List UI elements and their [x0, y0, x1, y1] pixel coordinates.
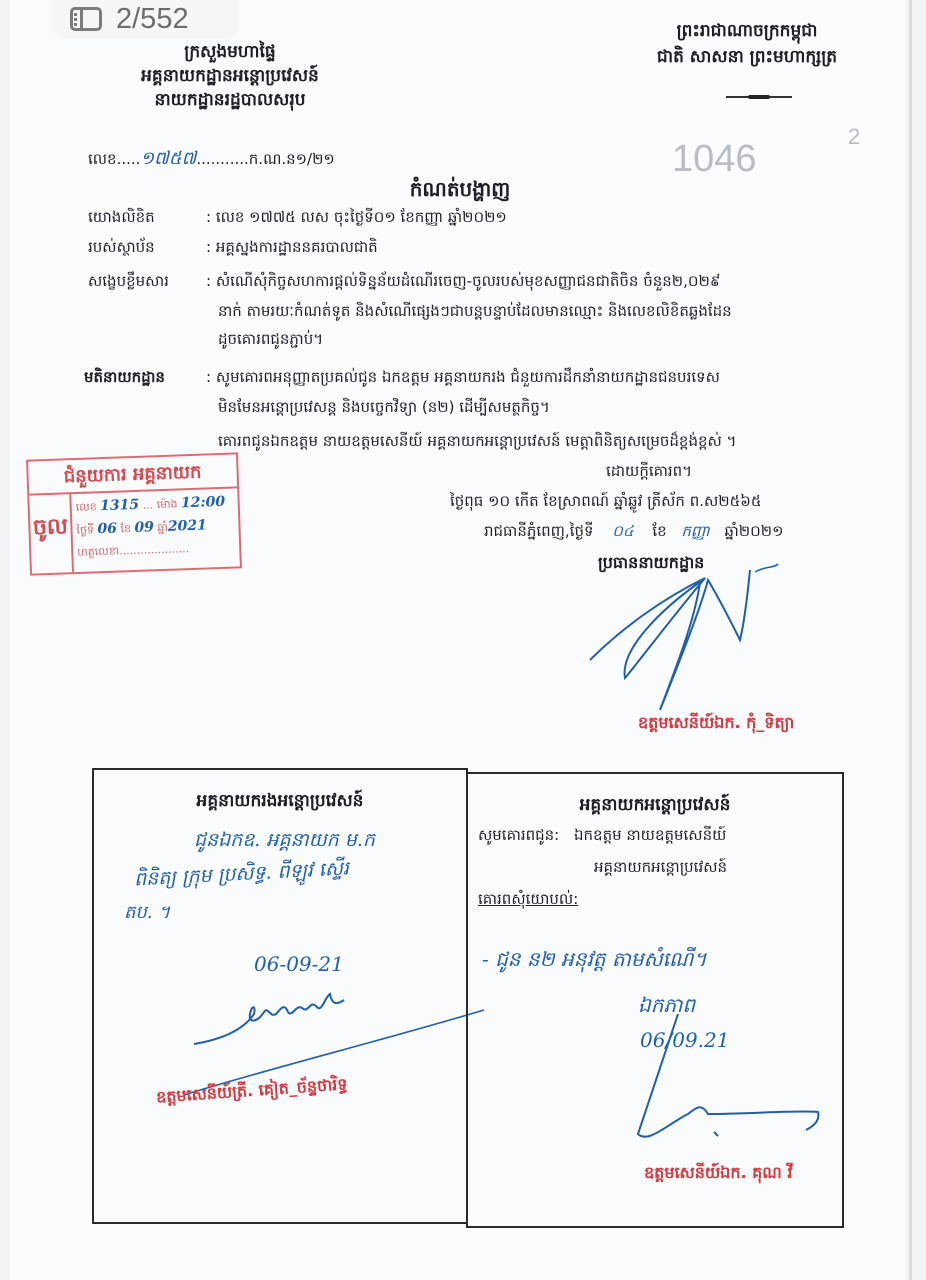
received-stamp: ជំនួយការ អគ្គនាយក ចូល លេខ 1315 ... ម៉ោង … [26, 452, 242, 575]
field-label-reference-letter: យោងលិខិត [88, 208, 155, 230]
field-value-opinion-line1: : សូមគោរពអនុញ្ញាតប្រគល់ជូន ឯកឧត្តម អគ្គន… [206, 368, 720, 390]
opinion-line-2: មិនមែនអន្តោប្រវេសន្ត និងបច្ចេកវិទ្យា (ន២… [218, 398, 550, 420]
header-ornament [726, 96, 792, 98]
field-label-department-opinion: មតិនាយកដ្ឋាន [84, 368, 165, 390]
opinion-request-label: គោរពសុំយោបល់: [478, 890, 578, 912]
addressee-label: សូមគោរពជូន: [478, 826, 559, 844]
addressee-value-line1: ឯកឧត្តម នាយឧត្តមសេនីយ៍ [574, 826, 726, 844]
kingdom-header: ព្រះរាជាណាចក្រកម្ពុជា ជាតិ សាសនា ព្រះមហា… [622, 18, 872, 70]
director-general-signature [628, 1014, 828, 1154]
summary-line-1: សំណើសុំកិច្ចសហការផ្តល់ទិន្នន័យដំណើរចេញ-ច… [216, 272, 721, 290]
stamp-day-label: ថ្ងៃទី [76, 523, 94, 537]
opinion-line-3: គោរពជូនឯកឧត្តម នាយឧត្តមសេនីយ៍ អគ្គនាយកអន… [218, 432, 736, 454]
director-general-name-stamp: ឧត្តមសេនីយ៍ឯក. គុណ វី [644, 1162, 792, 1186]
date-line: រាជធានីភ្នំពេញ,ថ្ងៃទី ០៤ ខែ កញ្ញា ឆ្នាំ២… [484, 522, 783, 544]
date-prefix: រាជធានីភ្នំពេញ,ថ្ងៃទី [484, 522, 594, 540]
header-department-general: អគ្គនាយកដ្ឋានអន្តោប្រវេសន៍ [100, 64, 360, 88]
stamp-month-label: ខែ [120, 522, 131, 535]
reference-letter-text: លេខ ១៧៧៥ លស ចុះថ្ងៃទី០១ ខែកញ្ញា ឆ្នាំ២០២… [216, 208, 507, 226]
stamp-year: 2021 [168, 517, 208, 534]
page-indicator-badge[interactable]: 2/552 [52, 0, 238, 38]
date-year: ឆ្នាំ២០២១ [724, 522, 783, 540]
received-stamp-side-label: ចូល [29, 492, 74, 573]
document-title: កំណត់បង្ហាញ [10, 176, 910, 206]
header-motto: ជាតិ សាសនា ព្រះមហាក្សត្រ [622, 44, 872, 70]
summary-line-2: នាក់ តាមរយៈកំណត់ទូត និងសំណើផ្សេងៗជាបន្តប… [218, 302, 732, 324]
stamp-month: 09 [134, 519, 154, 536]
sidebar-panel-icon[interactable] [70, 7, 102, 31]
stamp-time-label: ម៉ោង [156, 497, 177, 511]
closing-text: ដោយក្ដីគោរព។ [606, 462, 692, 484]
deputy-director-box-title: អគ្គនាយករងអន្តោប្រវេសន៍ [94, 790, 466, 815]
institution-text: អគ្គស្នងការដ្ឋាននគរបាលជាតិ [216, 238, 378, 256]
addressee-row: សូមគោរពជូន: ឯកឧត្តម នាយឧត្តមសេនីយ៍ [478, 826, 726, 848]
opinion-line-1: សូមគោរពអនុញ្ញាតប្រគល់ជូន ឯកឧត្តម អគ្គនាយ… [216, 368, 720, 386]
received-stamp-title: ជំនួយការ អគ្គនាយក [28, 456, 237, 495]
field-label-institution: របស់ស្ថាប័ន [88, 238, 155, 260]
director-general-note-line-1: - ជូន ន២ អនុវត្ត តាមសំណើ។ [482, 946, 707, 976]
reference-dots: ..... [117, 150, 141, 168]
header-department: នាយកដ្ឋានរដ្ឋបាលសរុប [100, 88, 360, 112]
director-name-stamp: ឧត្ដមសេនីយ៍ឯក. កុំ_ទិត្យា [638, 712, 794, 736]
deputy-note-line-3: តប. ។ [124, 900, 170, 927]
stamp-extra-label: ហត្ថលេខា [77, 545, 119, 559]
reference-label: លេខ [88, 150, 117, 168]
stamp-number: 1315 [100, 497, 140, 514]
pencil-number-note: 1046 [672, 138, 757, 181]
header-kingdom: ព្រះរាជាណាចក្រកម្ពុជា [622, 18, 872, 44]
stamp-number-label: លេខ [76, 500, 97, 514]
pencil-page-note: 2 [848, 124, 860, 150]
lunar-date: ថ្ងៃពុធ ១០ កើត ខែស្រាពណ៍ ឆ្នាំឆ្លូវ ត្រី… [450, 492, 761, 514]
ministry-header: ក្រសួងមហាផ្ទៃ អគ្គនាយកដ្ឋានអន្តោប្រវេសន៍… [100, 40, 360, 112]
field-value-institution: : អគ្គស្នងការដ្ឋាននគរបាលជាតិ [206, 238, 378, 260]
date-month-label: ខែ [652, 522, 666, 540]
scanned-document-page: ក្រសួងមហាផ្ទៃ អគ្គនាយកដ្ឋានអន្តោប្រវេសន៍… [10, 0, 912, 1280]
field-value-reference-letter: : លេខ ១៧៧៥ លស ចុះថ្ងៃទី០១ ខែកញ្ញា ឆ្នាំ២… [206, 208, 507, 230]
reference-dots-2: ........... [196, 150, 248, 168]
header-ministry: ក្រសួងមហាផ្ទៃ [100, 40, 360, 64]
page-indicator-text: 2/552 [116, 3, 189, 36]
deputy-director-box: អគ្គនាយករងអន្តោប្រវេសន៍ ជូនឯកឧ. អគ្គនាយក… [92, 768, 468, 1224]
reference-code: ក.ណ.ន១/២១ [249, 150, 335, 168]
deputy-note-line-2: ពិនិត្យ ក្រុម ប្រសិទ្ធ. ពីឡូវ ស្ទើរ [133, 856, 349, 895]
stamp-day: 06 [97, 521, 117, 538]
reference-line: លេខ.....១៧៥៧...........ក.ណ.ន១/២១ [88, 146, 335, 173]
stamp-time: 12:00 [181, 494, 226, 512]
summary-line-3: ដូចគោរពជូនភ្ជាប់។ [218, 330, 323, 352]
addressee-value-line2: អគ្គនាយកអន្តោប្រវេសន៍ [594, 858, 727, 880]
director-general-box-title: អគ្គនាយកអន្តោប្រវេសន៍ [468, 794, 842, 819]
date-day: ០៤ [612, 522, 633, 540]
received-stamp-extra-row: ហត្ថលេខា.................... [77, 536, 236, 564]
received-stamp-fields: លេខ 1315 ... ម៉ោង 12:00 ថ្ងៃទី 06 ខែ 09 … [75, 491, 235, 564]
reference-number-handwritten: ១៧៥៧ [140, 148, 196, 169]
director-general-box: អគ្គនាយកអន្តោប្រវេសន៍ សូមគោរពជូន: ឯកឧត្ត… [466, 772, 844, 1228]
deputy-note-line-1: ជូនឯកឧ. អគ្គនាយក ម.ក [194, 828, 375, 856]
date-month: កញ្ញា [681, 522, 709, 540]
deputy-note-date: 06-09-21 [254, 952, 344, 976]
field-label-summary: សង្ខេបខ្លឹមសារ [88, 272, 169, 294]
field-value-summary-line1: : សំណើសុំកិច្ចសហការផ្តល់ទិន្នន័យដំណើរចេញ… [206, 272, 720, 294]
